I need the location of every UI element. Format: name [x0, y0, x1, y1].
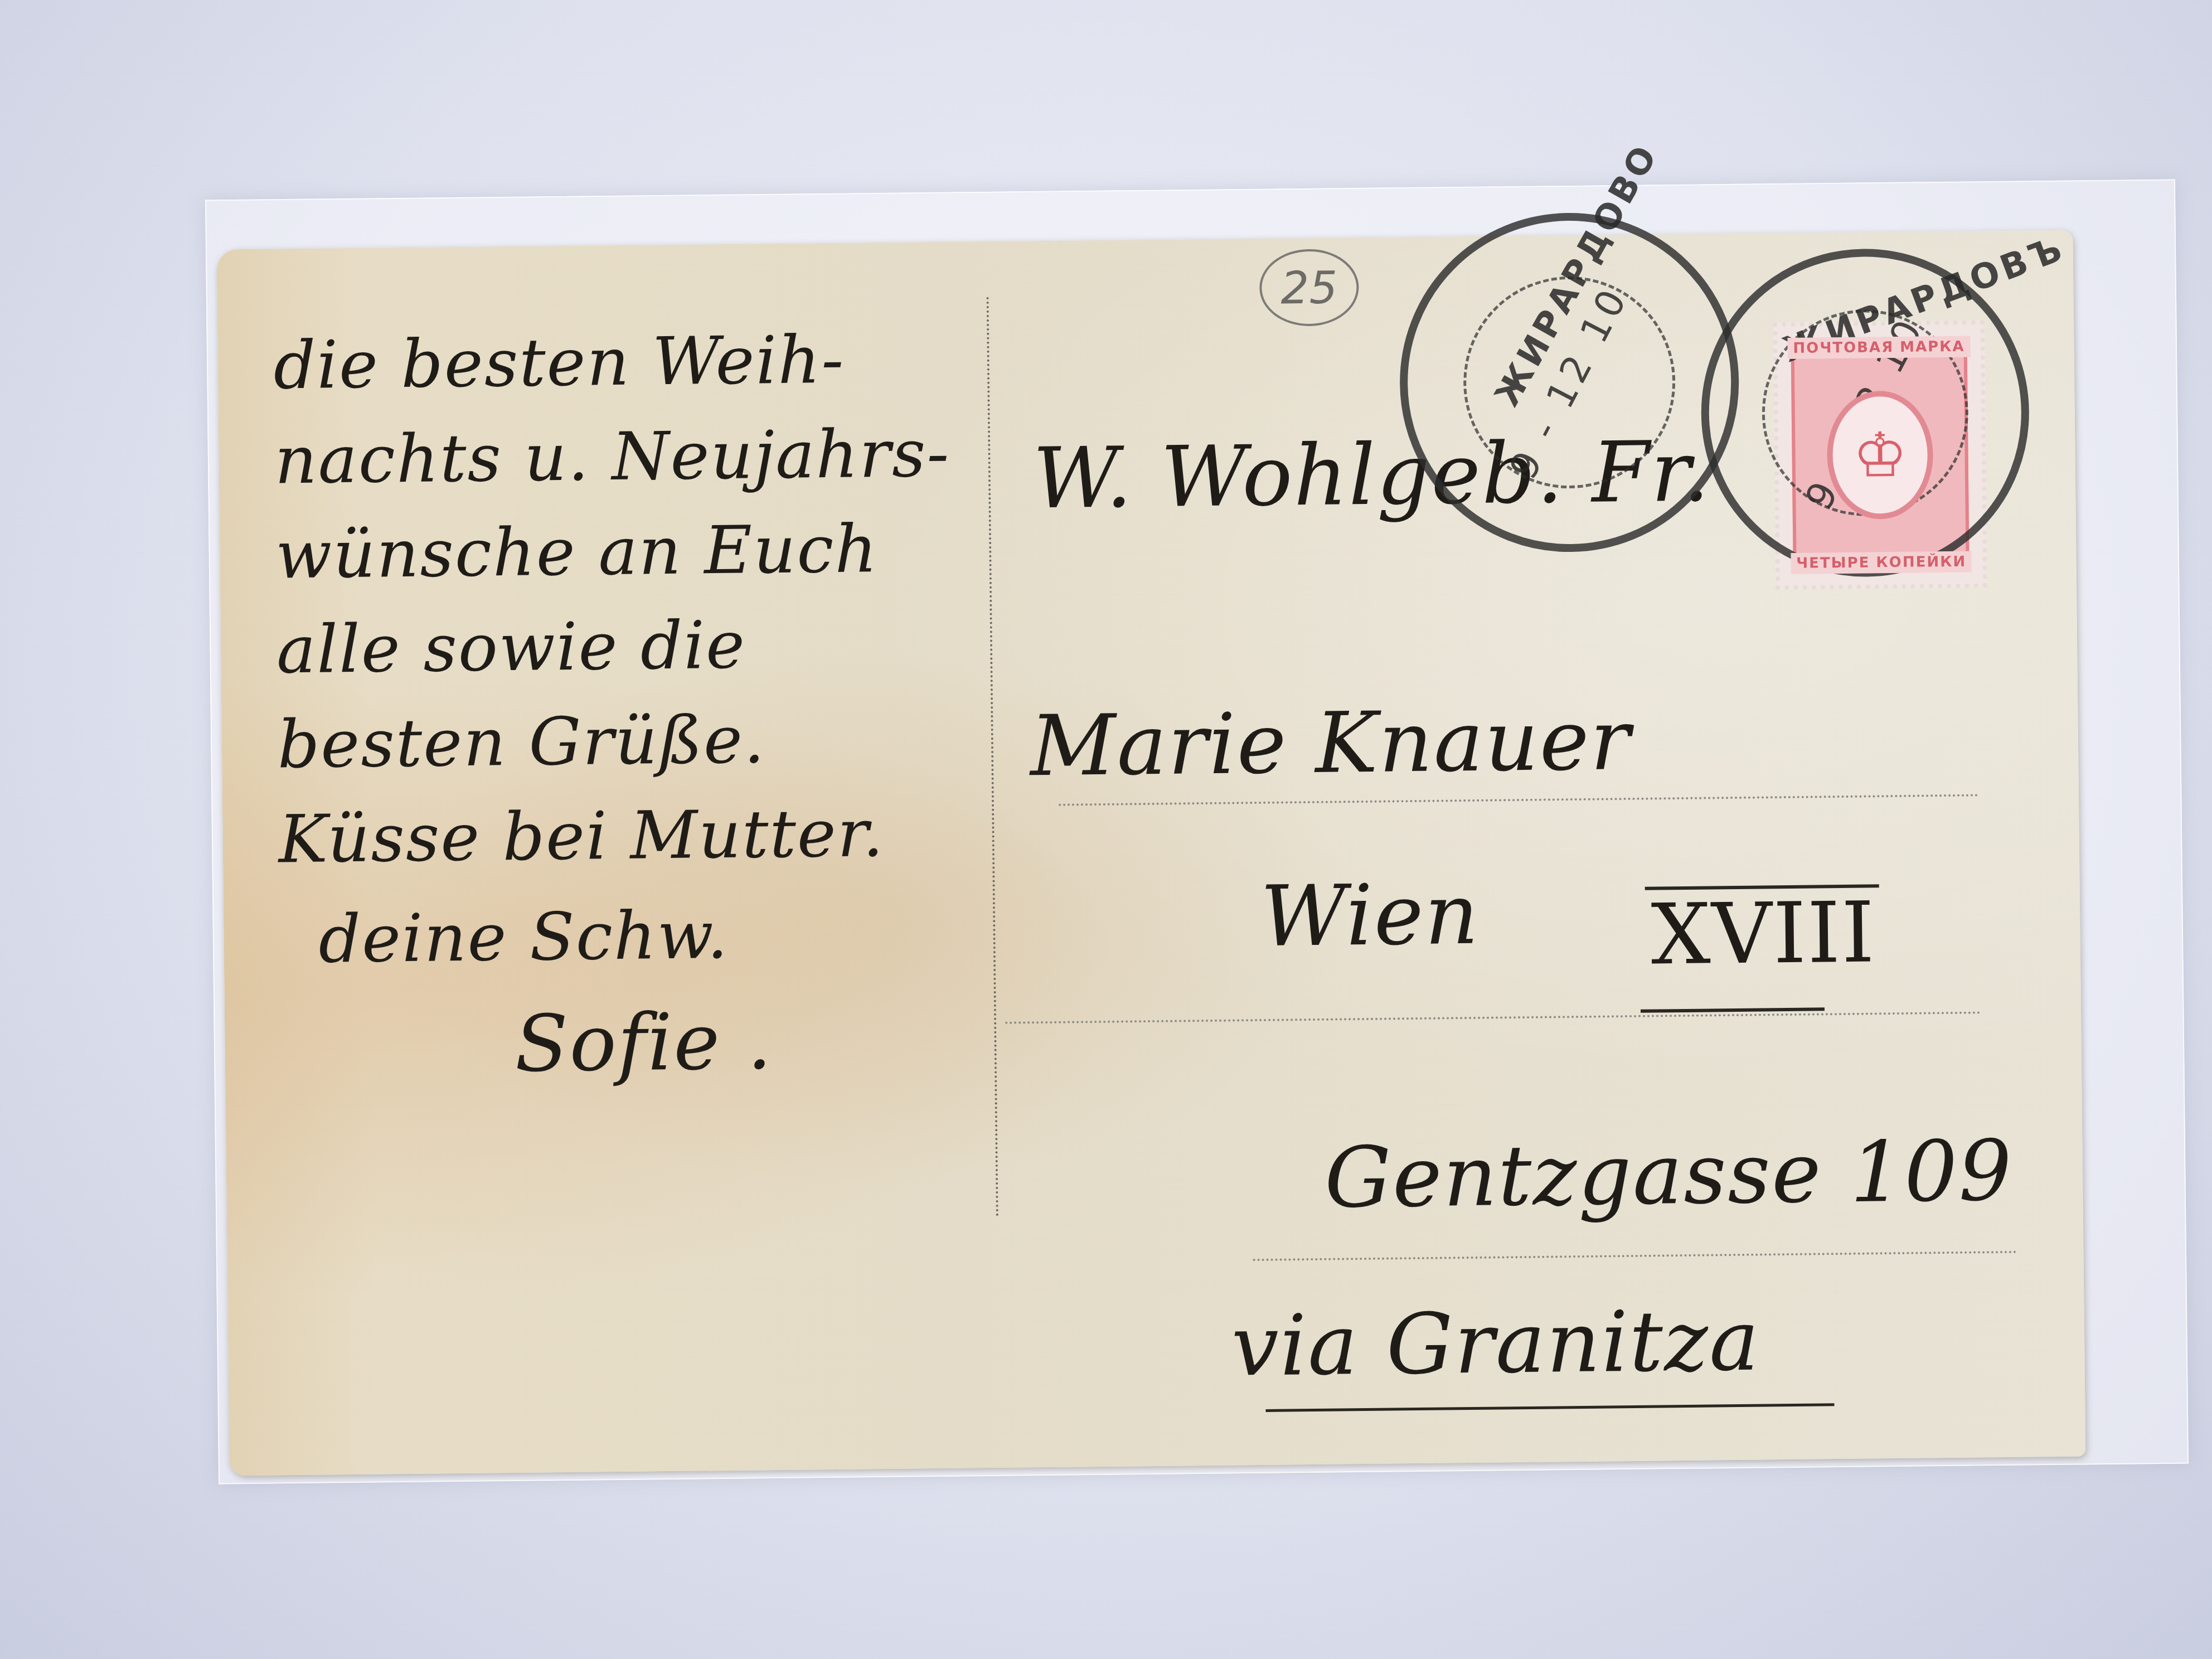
recipient-name: Marie Knauer: [1030, 692, 1632, 795]
card-divider: [987, 297, 998, 1217]
district-underline: [1641, 1007, 1825, 1012]
postcard: 25 die besten Weih- nachts u. Neujahrs- …: [217, 230, 2086, 1476]
address-line: [1253, 1251, 2017, 1261]
address-line: [1005, 1011, 1981, 1023]
address-routing: via Granitza: [1231, 1293, 1760, 1395]
message-line: alle sowie die: [276, 607, 746, 688]
address-city: Wien: [1260, 866, 1480, 966]
address-street: Gentzgasse 109: [1324, 1123, 2013, 1227]
message-line: nachts u. Neujahrs-: [274, 415, 950, 499]
double-headed-eagle-icon: ♔: [1826, 390, 1933, 520]
message-line: Küsse bei Mutter.: [278, 794, 885, 877]
stamp-top-text: ПОЧТОВАЯ МАРКА: [1787, 336, 1971, 359]
stamp-bottom-text: ЧЕТЫРЕ КОПЕЙКИ: [1791, 551, 1972, 574]
address-district: XVIII: [1651, 884, 1876, 983]
pencil-number-note: 25: [1259, 249, 1359, 327]
pencil-number: 25: [1280, 261, 1338, 314]
message-line: die besten Weih-: [273, 321, 845, 404]
address-line: [1059, 794, 1978, 806]
message-line: wünsche an Euch: [275, 510, 879, 593]
signature: Sofie .: [515, 996, 773, 1090]
message-line: deine Schw.: [318, 896, 729, 978]
message-line: besten Grüße.: [277, 701, 766, 783]
routing-underline: [1265, 1403, 1834, 1412]
